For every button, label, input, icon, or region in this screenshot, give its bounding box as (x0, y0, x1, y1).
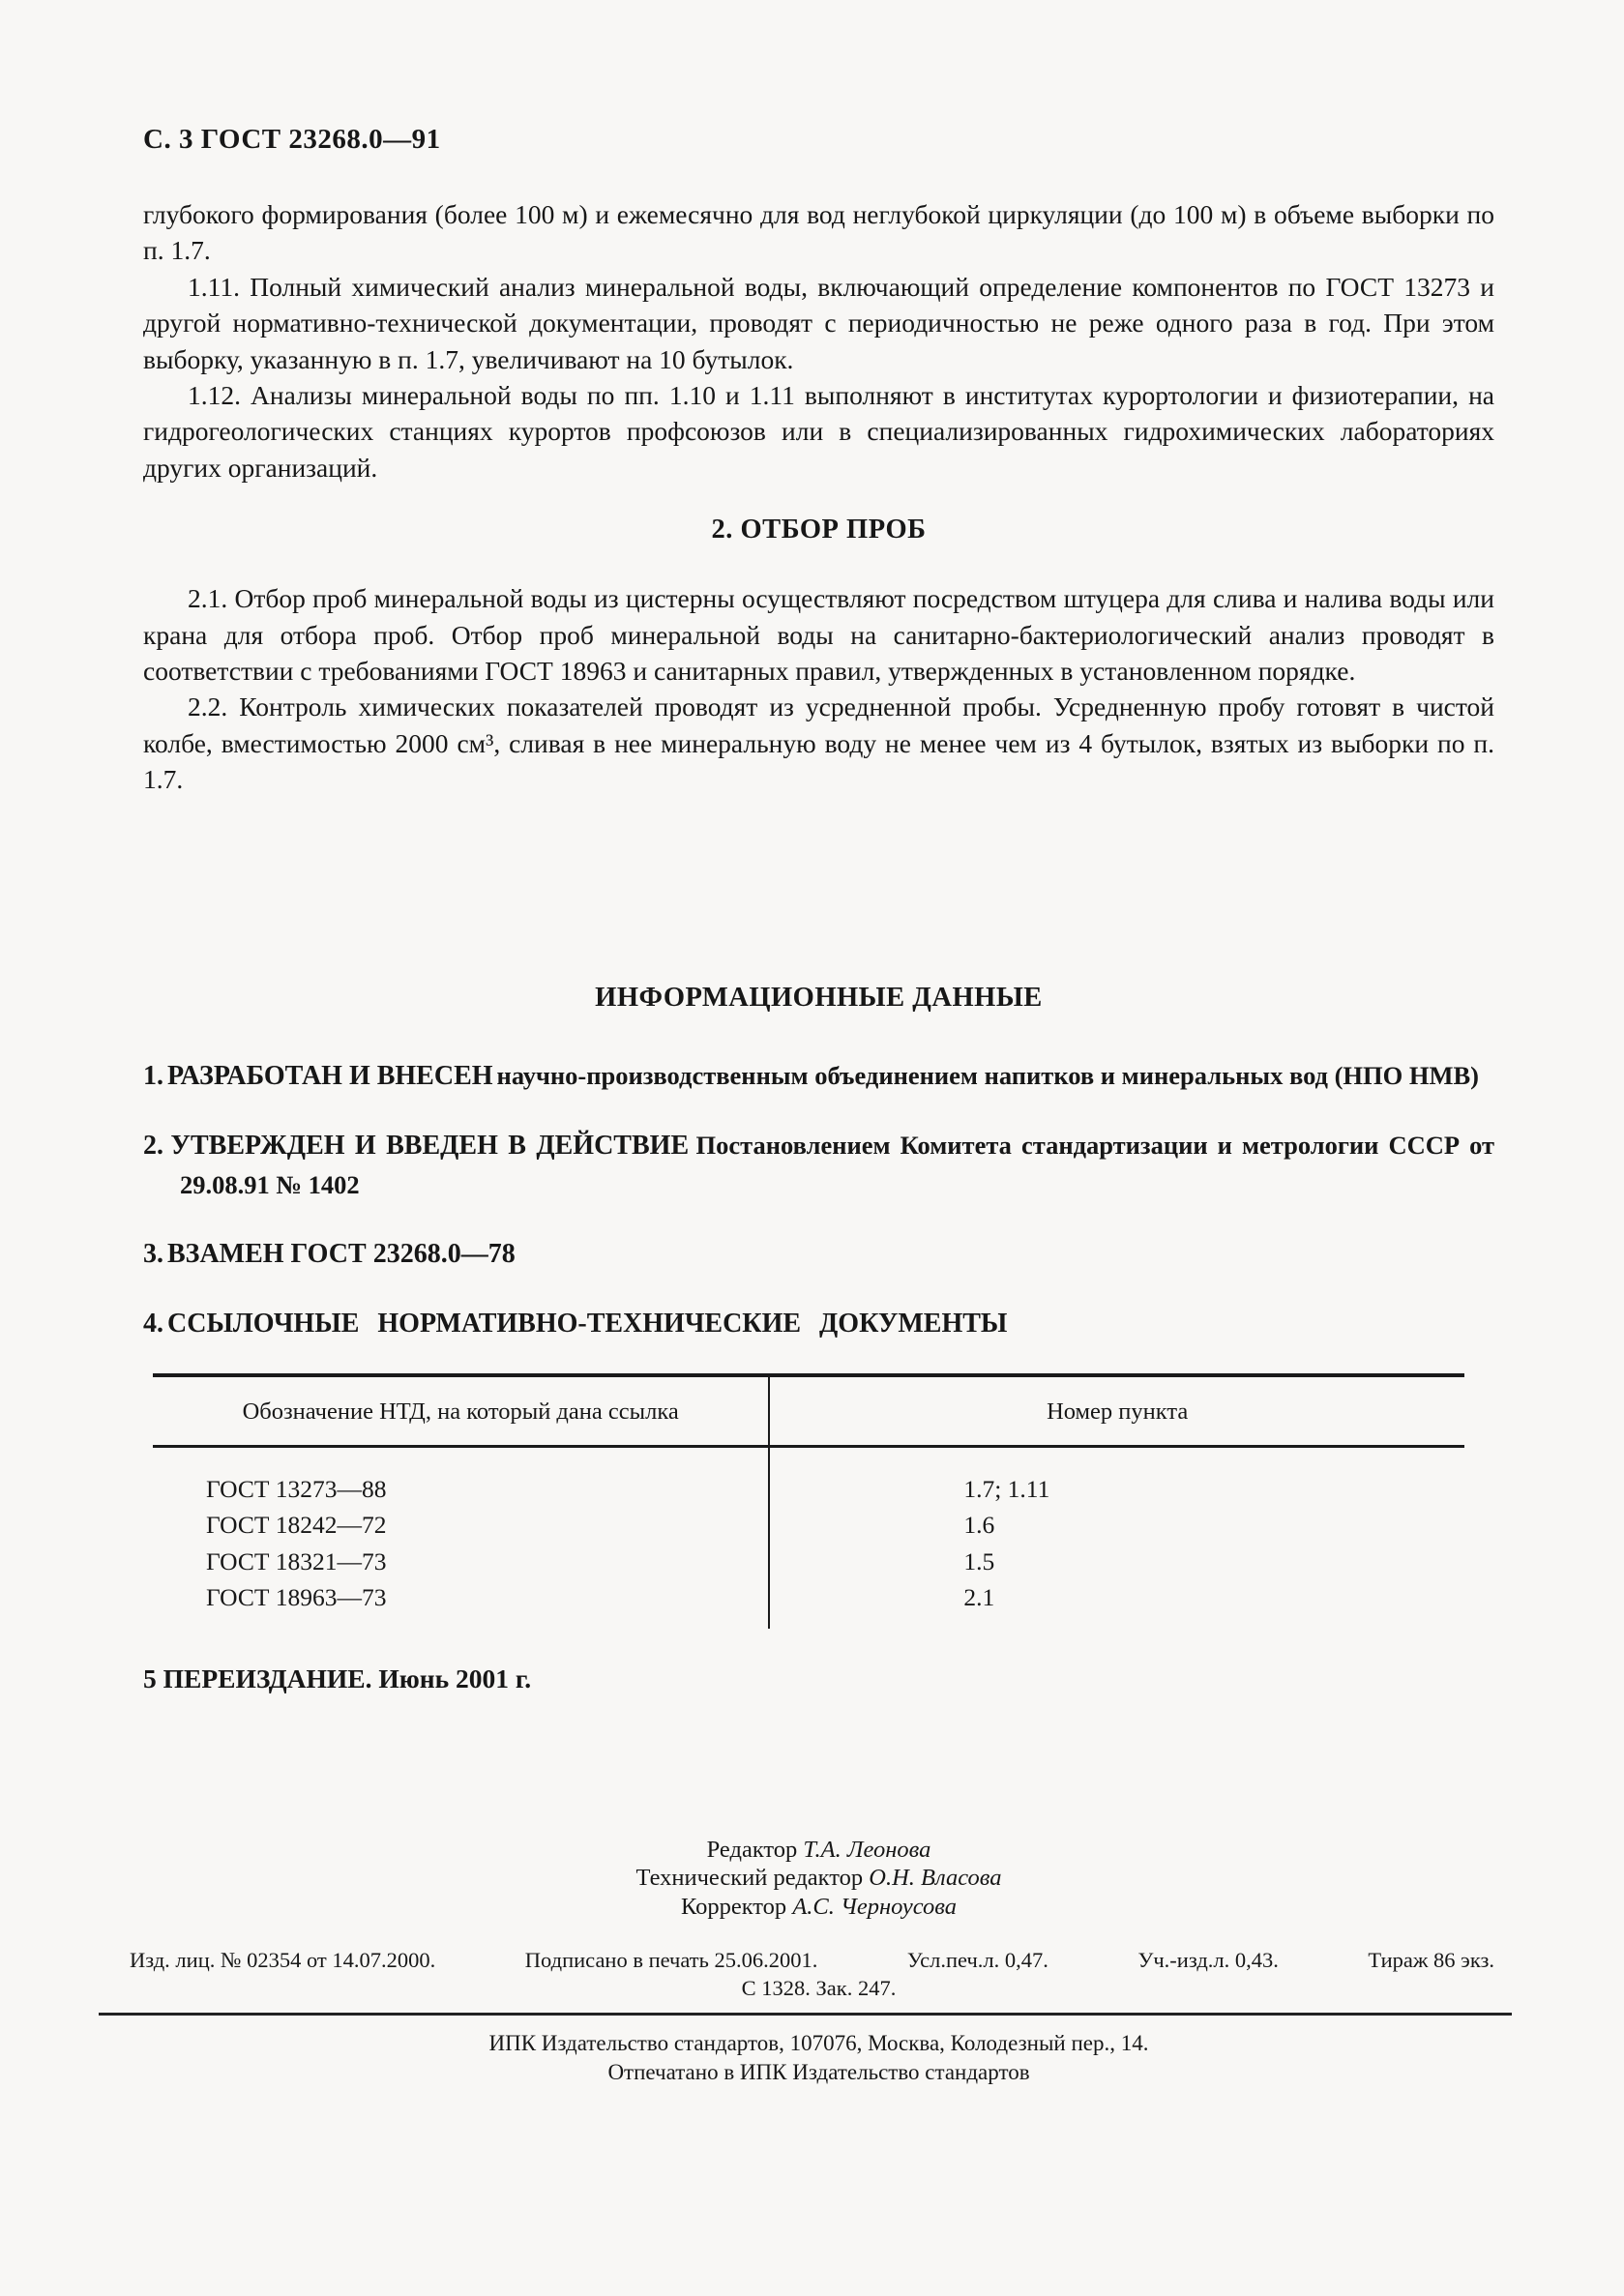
imprint-line: Изд. лиц. № 02354 от 14.07.2000. Подписа… (130, 1948, 1494, 1973)
printed-by: Отпечатано в ИПК Издательство стандартов (143, 2058, 1494, 2087)
footer-divider (99, 2013, 1512, 2016)
paragraph-1-12: 1.12. Анализы минеральной воды по пп. 1.… (143, 377, 1494, 486)
section-2-heading: 2. ОТБОР ПРОБ (143, 515, 1494, 545)
paragraph-2-1: 2.1. Отбор проб минеральной воды из цист… (143, 580, 1494, 689)
table-row: ГОСТ 18242—72 1.6 (153, 1507, 1464, 1543)
item-number: 3. (143, 1239, 163, 1269)
item-lead: ВЗАМЕН ГОСТ 23268.0—78 (167, 1239, 516, 1269)
credits-block: Редактор Т.А. Леонова Технический редакт… (143, 1836, 1494, 1921)
ntd-cell: ГОСТ 18963—73 (153, 1579, 769, 1629)
item-lead: РАЗРАБОТАН И ВНЕСЕН (167, 1061, 493, 1091)
punkt-cell: 1.6 (769, 1507, 1464, 1543)
info-item-replaces: 3. ВЗАМЕН ГОСТ 23268.0—78 (143, 1234, 1494, 1275)
punkt-cell: 1.5 (769, 1544, 1464, 1579)
imprint-circulation: Тираж 86 экз. (1368, 1948, 1494, 1973)
credit-name: Т.А. Леонова (803, 1837, 930, 1863)
reissue-note: 5 ПЕРЕИЗДАНИЕ. Июнь 2001 г. (143, 1663, 1494, 1694)
publisher-block: ИПК Издательство стандартов, 107076, Мос… (143, 2029, 1494, 2088)
item-lead: ССЫЛОЧНЫЕ НОРМАТИВНО-ТЕХНИЧЕСКИЕ ДОКУМЕН… (167, 1309, 1007, 1339)
paragraph-1-11: 1.11. Полный химический анализ минеральн… (143, 269, 1494, 377)
page-header: С. 3 ГОСТ 23268.0—91 (143, 124, 1494, 156)
credit-role: Корректор (681, 1894, 786, 1920)
paragraph-2-2: 2.2. Контроль химических показателей про… (143, 689, 1494, 797)
references-table: Обозначение НТД, на который дана ссылка … (153, 1373, 1464, 1629)
info-item-references: 4. ССЫЛОЧНЫЕ НОРМАТИВНО-ТЕХНИЧЕСКИЕ ДОКУ… (143, 1304, 1494, 1344)
table-row: ГОСТ 18321—73 1.5 (153, 1544, 1464, 1579)
ntd-cell: ГОСТ 13273—88 (153, 1447, 769, 1508)
credit-role: Редактор (707, 1837, 798, 1863)
document-page: С. 3 ГОСТ 23268.0—91 глубокого формирова… (0, 0, 1624, 2296)
table-row: ГОСТ 13273—88 1.7; 1.11 (153, 1447, 1464, 1508)
publisher-address: ИПК Издательство стандартов, 107076, Мос… (143, 2029, 1494, 2058)
paragraph-continuation: глубокого формирования (более 100 м) и е… (143, 196, 1494, 269)
imprint-license: Изд. лиц. № 02354 от 14.07.2000. (130, 1948, 435, 1973)
table-row: ГОСТ 18963—73 2.1 (153, 1579, 1464, 1629)
credit-name: О.Н. Власова (869, 1865, 1001, 1891)
punkt-cell: 2.1 (769, 1579, 1464, 1629)
credit-editor: Редактор Т.А. Леонова (143, 1836, 1494, 1864)
info-item-approved: 2. УТВЕРЖДЕН И ВВЕДЕН В ДЕЙСТВИЕ Постано… (143, 1126, 1494, 1205)
item-lead: УТВЕРЖДЕН И ВВЕДЕН В ДЕЙСТВИЕ (170, 1131, 689, 1161)
table-header-row: Обозначение НТД, на который дана ссылка … (153, 1375, 1464, 1447)
imprint-edsheets: Уч.-изд.л. 0,43. (1137, 1948, 1278, 1973)
item-number: 2. (143, 1131, 163, 1161)
imprint-signed: Подписано в печать 25.06.2001. (525, 1948, 818, 1973)
item-number: 4. (143, 1309, 163, 1339)
credit-proofreader: Корректор А.С. Черноусова (143, 1893, 1494, 1921)
credit-name: А.С. Черноусова (792, 1894, 957, 1920)
column-header-ntd: Обозначение НТД, на который дана ссылка (153, 1375, 769, 1447)
imprint-printsheets: Усл.печ.л. 0,47. (907, 1948, 1048, 1973)
credit-technical-editor: Технический редактор О.Н. Власова (143, 1864, 1494, 1892)
info-data-heading: ИНФОРМАЦИОННЫЕ ДАННЫЕ (143, 983, 1494, 1014)
column-header-punkt: Номер пункта (769, 1375, 1464, 1447)
imprint-order: С 1328. Зак. 247. (143, 1976, 1494, 2001)
ntd-cell: ГОСТ 18321—73 (153, 1544, 769, 1579)
punkt-cell: 1.7; 1.11 (769, 1447, 1464, 1508)
info-item-developed: 1. РАЗРАБОТАН И ВНЕСЕН научно-производст… (143, 1056, 1494, 1097)
item-rest: научно-производственным объединением нап… (497, 1061, 1479, 1090)
document-content: глубокого формирования (более 100 м) и е… (143, 196, 1494, 2088)
item-number: 1. (143, 1061, 163, 1091)
ntd-cell: ГОСТ 18242—72 (153, 1507, 769, 1543)
credit-role: Технический редактор (636, 1865, 864, 1891)
